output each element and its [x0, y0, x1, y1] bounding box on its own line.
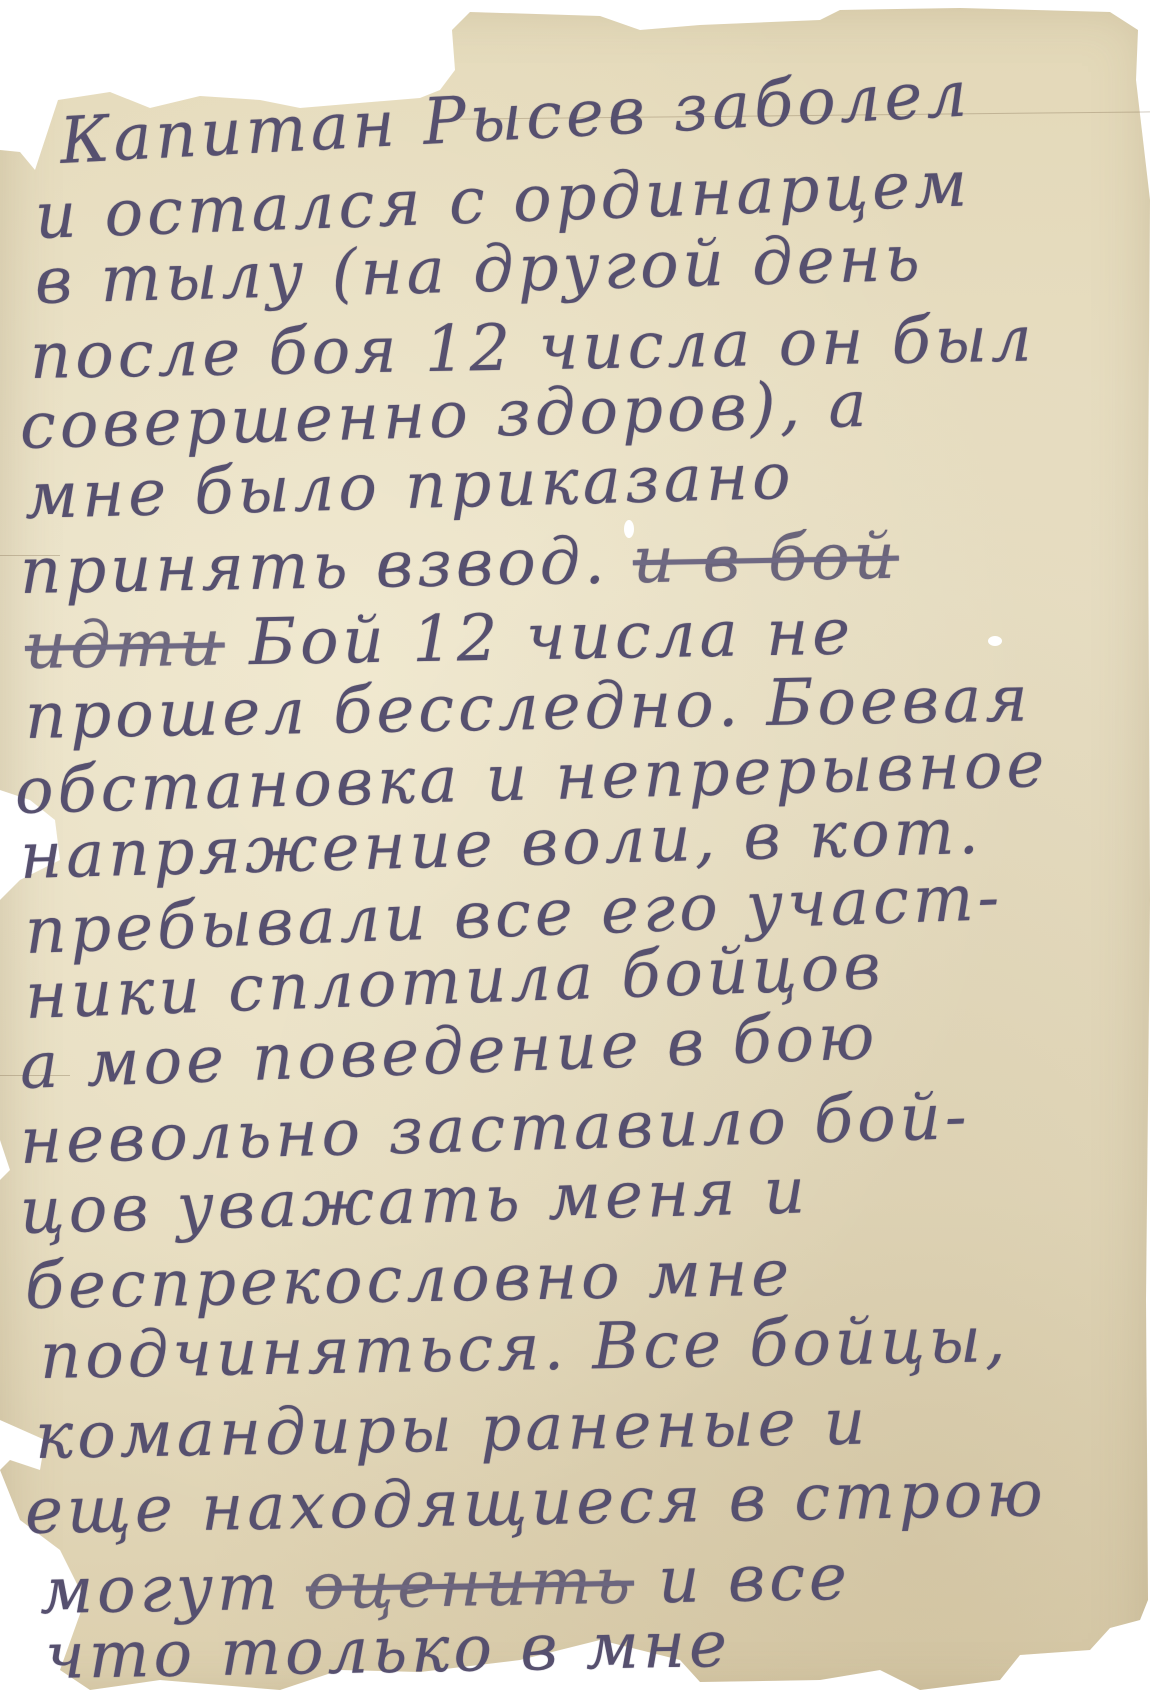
struck-text: идти	[24, 607, 225, 684]
text-line-21-tail: и все	[658, 1541, 852, 1618]
struck-text: и в бой	[632, 520, 899, 599]
text-line-7: принять взвод. и в бой	[19, 520, 899, 609]
text-line-7-main: принять взвод.	[19, 525, 609, 609]
text-line-22: что только в мне	[44, 1608, 731, 1694]
paper-hole	[988, 636, 1002, 646]
text-line-19: командиры раненые и	[34, 1385, 869, 1474]
